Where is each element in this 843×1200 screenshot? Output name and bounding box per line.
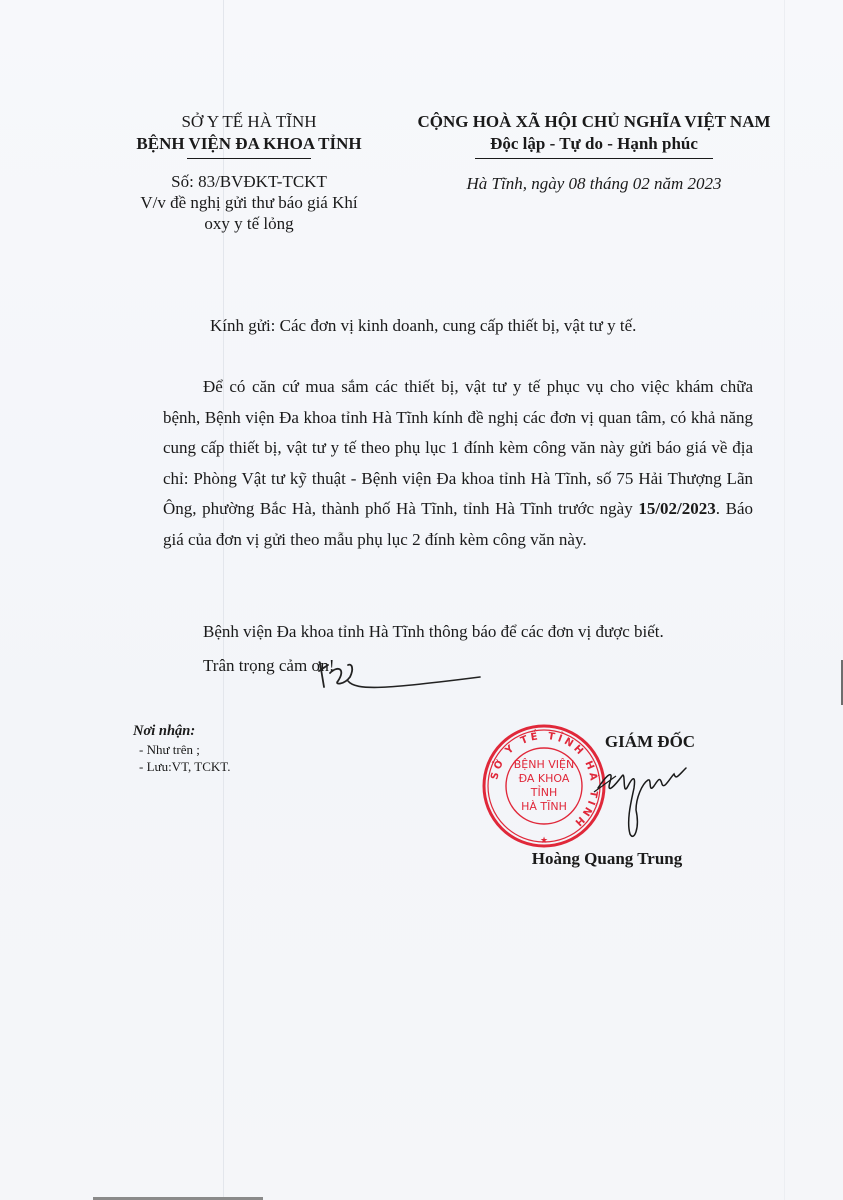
signer-role: GIÁM ĐỐC [560, 732, 740, 752]
document-number: Số: 83/BVĐKT-TCKT [104, 171, 394, 192]
initial-signature [316, 655, 486, 695]
svg-text:ĐA KHOA: ĐA KHOA [519, 772, 570, 785]
greeting: Kính gửi: Các đơn vị kinh doanh, cung cấ… [210, 316, 636, 336]
closing-line: Trân trọng cảm ơn! [203, 656, 335, 676]
svg-text:BỆNH VIỆN: BỆNH VIỆN [514, 758, 574, 771]
nation-title: CỘNG HOÀ XÃ HỘI CHỦ NGHĨA VIỆT NAM [384, 111, 804, 133]
header-underline [187, 158, 311, 159]
svg-text:★: ★ [540, 836, 548, 846]
recipients-title: Nơi nhận: [133, 723, 231, 740]
director-signature [592, 758, 692, 848]
subject-line-2: oxy y tế lỏng [104, 213, 394, 234]
body-paragraph: Để có căn cứ mua sắm các thiết bị, vật t… [163, 372, 753, 555]
document-page: SỞ Y TẾ HÀ TĨNH BỆNH VIỆN ĐA KHOA TỈNH S… [0, 0, 843, 1200]
letter-body: Để có căn cứ mua sắm các thiết bị, vật t… [163, 372, 753, 555]
notification-line: Bệnh viện Đa khoa tỉnh Hà Tĩnh thông báo… [203, 622, 664, 642]
national-header: CỘNG HOÀ XÃ HỘI CHỦ NGHĨA VIỆT NAM Độc l… [384, 111, 804, 195]
recipients-block: Nơi nhận: - Như trên ; - Lưu:VT, TCKT. [133, 723, 231, 775]
national-motto: Độc lập - Tự do - Hạnh phúc [384, 133, 804, 155]
signer-block: GIÁM ĐỐC Hoàng Quang Trung [560, 732, 740, 752]
deadline-date: 15/02/2023 [638, 499, 715, 518]
department-name: SỞ Y TẾ HÀ TĨNH [104, 111, 394, 133]
motto-underline [475, 158, 713, 159]
subject-line-1: V/v đề nghị gửi thư báo giá Khí [104, 192, 394, 213]
signer-name: Hoàng Quang Trung [497, 849, 717, 869]
svg-text:HÀ TĨNH: HÀ TĨNH [521, 800, 567, 813]
recipient-item: - Như trên ; [133, 741, 231, 758]
svg-text:TỈNH: TỈNH [530, 785, 557, 799]
place-date: Hà Tĩnh, ngày 08 tháng 02 năm 2023 [384, 173, 804, 195]
issuer-header: SỞ Y TẾ HÀ TĨNH BỆNH VIỆN ĐA KHOA TỈNH S… [104, 111, 394, 234]
body-text-part1: Để có căn cứ mua sắm các thiết bị, vật t… [163, 377, 753, 518]
organization-name: BỆNH VIỆN ĐA KHOA TỈNH [104, 133, 394, 155]
recipient-item: - Lưu:VT, TCKT. [133, 758, 231, 775]
